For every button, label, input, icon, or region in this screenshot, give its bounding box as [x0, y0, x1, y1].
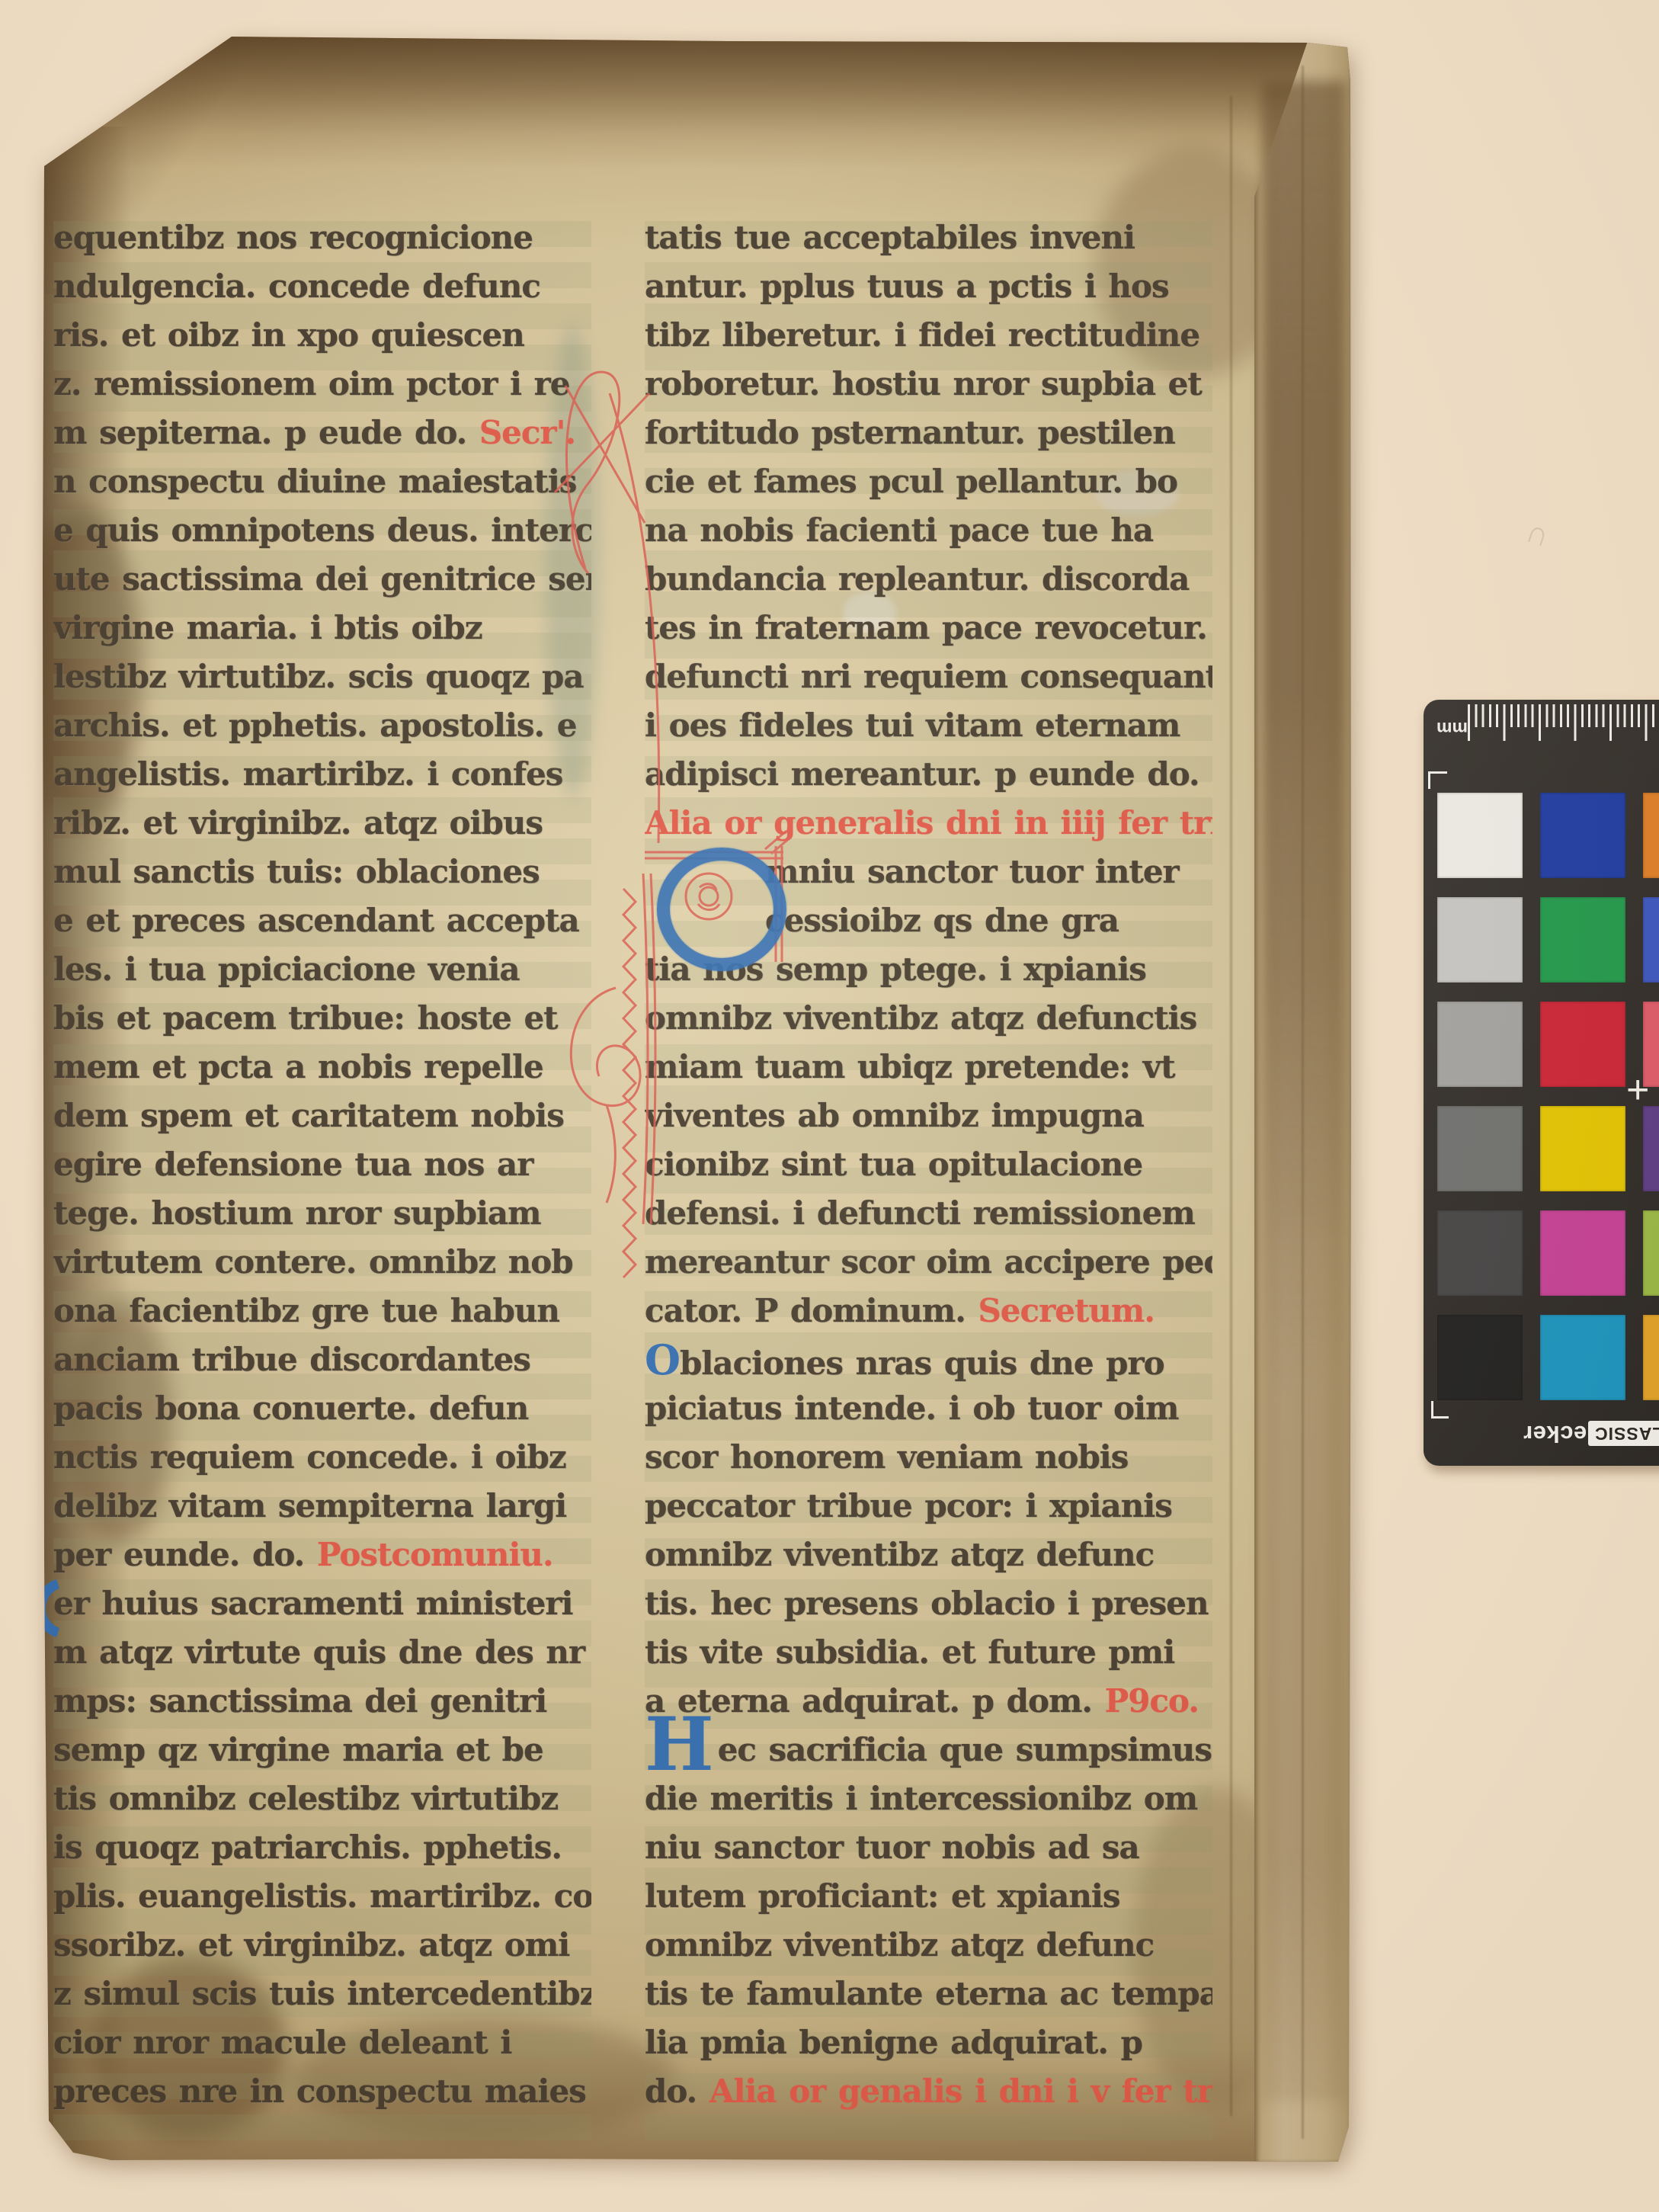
- text-line: peccator tribue pcor: i xpianis: [645, 1482, 1212, 1531]
- color-patch-neutral-6.5: [1437, 1002, 1523, 1087]
- body-text: anciam tribue discordantes: [53, 1341, 530, 1378]
- body-text: tis te famulante eterna ac tempa: [645, 1975, 1212, 2012]
- body-text: na nobis facienti pace tue ha: [645, 511, 1153, 549]
- text-line: pacis bona conuerte. defun: [53, 1384, 591, 1433]
- text-line: preces nre in conspectu maies: [53, 2067, 591, 2116]
- text-line: m atqz virtute quis dne des nr: [53, 1628, 591, 1677]
- body-text: omnibz viventibz atqz defunc: [645, 1926, 1154, 1964]
- body-text: ndulgencia. concede defunc: [53, 268, 540, 305]
- body-text: die meritis i intercessionibz om: [645, 1780, 1197, 1817]
- text-line: er huius sacramenti ministeri: [53, 1579, 591, 1628]
- text-line: mem et pcta a nobis repelle: [53, 1043, 591, 1092]
- color-patch-black: [1437, 1315, 1523, 1400]
- body-text: z. remissionem oim pctor i re: [53, 365, 569, 402]
- brand-strip: ColorChecker CLASSIC: [1431, 1415, 1659, 1453]
- body-text: miam tuam ubiqz pretende: vt: [645, 1048, 1174, 1085]
- ruler-ticks-major: [1468, 704, 1659, 741]
- color-patch-magenta: [1540, 1210, 1625, 1296]
- text-line: semp qz virgine maria et be: [53, 1726, 591, 1774]
- color-patch-moderate-red: [1643, 1002, 1659, 1087]
- fold-stains: [1262, 81, 1346, 2101]
- rubric-text: Alia or generalis dni in iiij fer tri.: [645, 804, 1212, 842]
- text-line: viventes ab omnibz impugna: [645, 1092, 1212, 1140]
- body-text: defuncti nri requiem consequant.: [645, 658, 1212, 695]
- text-line: cie et fames pcul pellantur. bo: [645, 457, 1212, 506]
- ruler-unit-label: mm: [1437, 718, 1468, 739]
- body-text: roboretur. hostiu nror supbia et: [645, 365, 1202, 402]
- text-line: fortitudo psternantur. pestilen: [645, 409, 1212, 457]
- text-line: omnibz viventibz atqz defunc: [645, 1531, 1212, 1579]
- body-text: ona facientibz gre tue habun: [53, 1292, 559, 1329]
- body-text: niu sanctor tuor nobis ad sa: [645, 1829, 1139, 1866]
- text-line: antur. pplus tuus a pctis i hos: [645, 262, 1212, 311]
- text-line: piciatus intende. i ob tuor oim: [645, 1384, 1212, 1433]
- text-line: is quoqz patriarchis. pphetis.: [53, 1823, 591, 1872]
- text-line: mul sanctis tuis: oblaciones: [53, 848, 591, 896]
- color-patch-red: [1540, 1002, 1625, 1087]
- text-line: lia pmia benigne adquirat. p: [645, 2018, 1212, 2067]
- text-line: tege. hostium nror supbiam: [53, 1189, 591, 1238]
- text-line: do. Alia or genalis i dni i v fer tri.: [645, 2067, 1212, 2116]
- text-line: tis te famulante eterna ac tempa: [645, 1970, 1212, 2018]
- text-line: delibz vitam sempiterna largi: [53, 1482, 591, 1531]
- text-line: tes in fraternam pace revocetur.: [645, 604, 1212, 652]
- body-text: preces nre in conspectu maies: [53, 2073, 586, 2110]
- body-text: fortitudo psternantur. pestilen: [645, 414, 1175, 451]
- text-line: e et preces ascendant accepta: [53, 896, 591, 945]
- body-text: delibz vitam sempiterna largi: [53, 1487, 566, 1524]
- text-line: niu sanctor tuor nobis ad sa: [645, 1823, 1212, 1872]
- text-line: z simul scis tuis intercedentibz.: [53, 1970, 591, 2018]
- text-line: tatis tue acceptabiles inveni: [645, 213, 1212, 262]
- text-line: roboretur. hostiu nror supbia et: [645, 360, 1212, 409]
- color-patch-neutral-3.5: [1437, 1210, 1523, 1296]
- text-line: e quis omnipotens deus. interce: [53, 506, 591, 555]
- body-text: z simul scis tuis intercedentibz.: [53, 1975, 591, 2012]
- body-text: angelistis. martiribz. i confes: [53, 755, 562, 793]
- color-patch-orange: [1643, 793, 1659, 878]
- color-patch-green: [1540, 897, 1625, 983]
- text-line: egire defensione tua nos ar: [53, 1140, 591, 1189]
- text-column-left: equentibz nos recognicionendulgencia. co…: [53, 213, 591, 2142]
- body-text: tes in fraternam pace revocetur.: [645, 609, 1207, 646]
- body-text: ec sacrificia que sumpsimus: [718, 1731, 1212, 1768]
- body-text: lutem proficiant: et xpianis: [645, 1877, 1119, 1915]
- text-line: archis. et pphetis. apostolis. e: [53, 701, 591, 750]
- text-line: ris. et oibz in xpo quiescen: [53, 311, 591, 360]
- text-line: scor honorem veniam nobis: [645, 1433, 1212, 1482]
- body-text: piciatus intende. i ob tuor oim: [645, 1390, 1178, 1427]
- text-line: mereantur scor oim accipere pec: [645, 1238, 1212, 1287]
- body-text: ssoribz. et virginibz. atqz omi: [53, 1926, 569, 1964]
- color-patch-purplish-blue: [1643, 897, 1659, 983]
- body-text: e quis omnipotens deus. interce: [53, 511, 591, 549]
- text-line: Hec sacrificia que sumpsimus: [645, 1726, 1212, 1774]
- text-line: angelistis. martiribz. i confes: [53, 750, 591, 799]
- body-text: m atqz virtute quis dne des nr: [53, 1633, 584, 1671]
- body-text: cessioibz qs dne gra: [765, 902, 1119, 939]
- body-text: tis. hec presens oblacio i presen: [645, 1585, 1209, 1622]
- body-text: is quoqz patriarchis. pphetis.: [53, 1829, 562, 1866]
- body-text: tis vite subsidia. et future pmi: [645, 1633, 1174, 1671]
- text-line: cionibz sint tua opitulacione: [645, 1140, 1212, 1189]
- crease-line: [1230, 96, 1232, 2116]
- body-text: defensi. i defuncti remissionem: [645, 1194, 1195, 1232]
- body-text: tibz liberetur. i fidei rectitudine: [645, 316, 1199, 354]
- body-text: mul sanctis tuis: oblaciones: [53, 853, 540, 890]
- text-line: tis omnibz celestibz virtutibz: [53, 1774, 591, 1823]
- color-patch-neutral-5: [1437, 1106, 1523, 1191]
- text-line: ndulgencia. concede defunc: [53, 262, 591, 311]
- text-line: cator. P dominum. Secretum.: [645, 1287, 1212, 1335]
- text-line: a eterna adquirat. p dom. P9co.: [645, 1677, 1212, 1726]
- text-line: mps: sanctissima dei genitri: [53, 1677, 591, 1726]
- body-text: omnibz viventibz atqz defunctis: [645, 999, 1196, 1037]
- body-text: m sepiterna. p eude do.: [53, 414, 479, 451]
- body-text: cionibz sint tua opitulacione: [645, 1146, 1142, 1183]
- body-text: per eunde. do.: [53, 1536, 317, 1573]
- body-text: viventes ab omnibz impugna: [645, 1097, 1144, 1134]
- text-line: anciam tribue discordantes: [53, 1335, 591, 1384]
- body-text: nctis requiem concede. i oibz: [53, 1438, 566, 1476]
- body-text: ris. et oibz in xpo quiescen: [53, 316, 524, 354]
- body-text: archis. et pphetis. apostolis. e: [53, 707, 576, 744]
- text-line: tibz liberetur. i fidei rectitudine: [645, 311, 1212, 360]
- text-line: m sepiterna. p eude do. Secr'.: [53, 409, 591, 457]
- body-text: omnibz viventibz atqz defunc: [645, 1536, 1154, 1573]
- body-text: bis et pacem tribue: hoste et: [53, 999, 558, 1037]
- body-text: do.: [645, 2073, 709, 2110]
- text-line: dem spem et caritatem nobis: [53, 1092, 591, 1140]
- color-patch-yellow-green: [1643, 1210, 1659, 1296]
- body-text: peccator tribue pcor: i xpianis: [645, 1487, 1172, 1524]
- text-line: tis vite subsidia. et future pmi: [645, 1628, 1212, 1677]
- text-line: plis. euangelistis. martiribz. co: [53, 1872, 591, 1921]
- body-text: equentibz nos recognicione: [53, 219, 533, 256]
- text-line: ute sactissima dei genitrice semp: [53, 555, 591, 604]
- body-text: dem spem et caritatem nobis: [53, 1097, 564, 1134]
- text-line: ribz. et virginibz. atqz oibus: [53, 799, 591, 848]
- text-line: n conspectu diuine maiestatis: [53, 457, 591, 506]
- body-text: virtutem contere. omnibz nob: [53, 1243, 573, 1281]
- text-column-right: tatis tue acceptabiles inveniantur. pplu…: [645, 213, 1212, 2142]
- text-line: cior nror macule deleant i: [53, 2018, 591, 2067]
- body-text: cior nror macule deleant i: [53, 2024, 511, 2061]
- body-text: a eterna adquirat. p dom.: [645, 1682, 1105, 1720]
- text-line: nctis requiem concede. i oibz: [53, 1433, 591, 1482]
- body-text: plis. euangelistis. martiribz. co: [53, 1877, 591, 1915]
- text-line: defensi. i defuncti remissionem: [645, 1189, 1212, 1238]
- color-patch-neutral-8: [1437, 897, 1523, 983]
- body-text: antur. pplus tuus a pctis i hos: [645, 268, 1169, 305]
- body-text: les. i tua ppiciacione venia: [53, 951, 520, 988]
- text-line: na nobis facienti pace tue ha: [645, 506, 1212, 555]
- body-text: adipisci mereantur. p eunde do.: [645, 755, 1199, 793]
- rubric-text: Secr'.: [479, 414, 575, 451]
- edition-badge: CLASSIC: [1588, 1422, 1659, 1447]
- text-line: die meritis i intercessionibz om: [645, 1774, 1212, 1823]
- body-text: lestibz virtutibz. scis quoqz pa: [53, 658, 584, 695]
- text-line: ona facientibz gre tue habun: [53, 1287, 591, 1335]
- body-text: cator. P dominum.: [645, 1292, 978, 1329]
- text-line: tis. hec presens oblacio i presen: [645, 1579, 1212, 1628]
- body-text: ribz. et virginibz. atqz oibus: [53, 804, 543, 842]
- text-line: virtutem contere. omnibz nob: [53, 1238, 591, 1287]
- body-text: mniu sanctor tuor inter: [765, 853, 1179, 890]
- illuminated-initial-O: [657, 848, 786, 971]
- text-line: lestibz virtutibz. scis quoqz pa: [53, 652, 591, 701]
- text-line: equentibz nos recognicione: [53, 213, 591, 262]
- body-text: semp qz virgine maria et be: [53, 1731, 543, 1768]
- text-line: Alia or generalis dni in iiij fer tri.: [645, 799, 1212, 848]
- text-line: virgine maria. i btis oibz: [53, 604, 591, 652]
- text-line: adipisci mereantur. p eunde do.: [645, 750, 1212, 799]
- body-text: scor honorem veniam nobis: [645, 1438, 1128, 1476]
- body-text: mps: sanctissima dei genitri: [53, 1682, 546, 1720]
- text-line: omnibz viventibz atqz defunctis: [645, 994, 1212, 1043]
- body-text: bundancia repleantur. discorda: [645, 560, 1189, 598]
- body-text: tatis tue acceptabiles inveni: [645, 219, 1135, 256]
- color-patch-yellow: [1540, 1106, 1625, 1191]
- color-patch-orange-yellow: [1643, 1315, 1659, 1400]
- rubric-text: Postcomuniu.: [317, 1536, 553, 1573]
- body-text: egire defensione tua nos ar: [53, 1146, 533, 1183]
- parchment: equentibz nos recognicionendulgencia. co…: [43, 35, 1353, 2163]
- rubric-text: P9co.: [1105, 1682, 1199, 1720]
- color-patch-white: [1437, 793, 1523, 878]
- text-line: ssoribz. et virginibz. atqz omi: [53, 1921, 591, 1970]
- text-line: omnibz viventibz atqz defunc: [645, 1921, 1212, 1970]
- pencil-mark: [1528, 526, 1546, 546]
- text-line: bundancia repleantur. discorda: [645, 555, 1212, 604]
- text-line: per eunde. do. Postcomuniu.: [53, 1531, 591, 1579]
- body-text: O: [645, 1335, 680, 1384]
- body-text: mem et pcta a nobis repelle: [53, 1048, 543, 1085]
- body-text: ute sactissima dei genitrice semp: [53, 560, 591, 598]
- manuscript-leaf: equentibz nos recognicionendulgencia. co…: [43, 35, 1353, 2163]
- body-text: tege. hostium nror supbiam: [53, 1194, 541, 1232]
- colorchecker-card: mm + ColorChecker CLASSIC: [1424, 700, 1659, 1466]
- registration-corner-top-icon: [1428, 771, 1447, 789]
- body-text: i oes fideles tui vitam eternam: [645, 707, 1180, 744]
- text-line: defuncti nri requiem consequant.: [645, 652, 1212, 701]
- rubric-text: Secretum.: [978, 1292, 1154, 1329]
- body-text: e et preces ascendant accepta: [53, 902, 579, 939]
- body-text: cie et fames pcul pellantur. bo: [645, 463, 1177, 500]
- color-patch-cyan: [1540, 1315, 1625, 1400]
- text-line: les. i tua ppiciacione venia: [53, 945, 591, 994]
- body-text: pacis bona conuerte. defun: [53, 1390, 528, 1427]
- text-line: Oblaciones nras quis dne pro: [645, 1335, 1212, 1384]
- text-line: miam tuam ubiqz pretende: vt: [645, 1043, 1212, 1092]
- body-text: lia pmia benigne adquirat. p: [645, 2024, 1142, 2061]
- body-text: mereantur scor oim accipere pec: [645, 1243, 1212, 1281]
- rubric-text: Alia or genalis i dni i v fer tri.: [709, 2073, 1212, 2110]
- crease-line: [1302, 66, 1304, 2139]
- color-patch-purple: [1643, 1106, 1659, 1191]
- body-text: er huius sacramenti ministeri: [53, 1585, 573, 1622]
- body-text: virgine maria. i btis oibz: [53, 609, 482, 646]
- body-text: blaciones nras quis dne pro: [680, 1345, 1164, 1382]
- text-line: z. remissionem oim pctor i re: [53, 360, 591, 409]
- text-line: lutem proficiant: et xpianis: [645, 1872, 1212, 1921]
- body-text: n conspectu diuine maiestatis: [53, 463, 576, 500]
- body-text: tis omnibz celestibz virtutibz: [53, 1780, 558, 1817]
- text-line: i oes fideles tui vitam eternam: [645, 701, 1212, 750]
- color-patch-blue: [1540, 793, 1625, 878]
- text-line: bis et pacem tribue: hoste et: [53, 994, 591, 1043]
